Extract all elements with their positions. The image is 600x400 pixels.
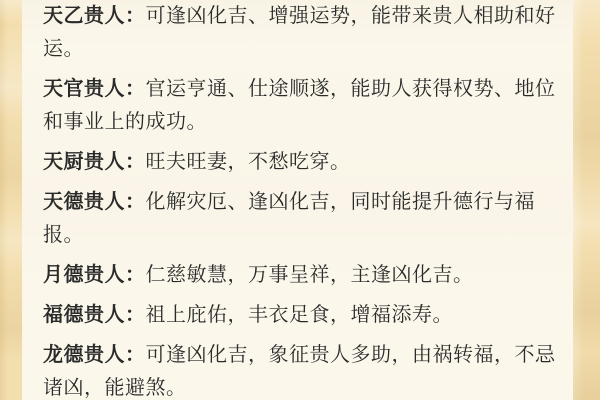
- item-description: 仁慈敏慧，万事呈祥，主逢凶化吉。: [146, 264, 474, 286]
- page-background: 天乙贵人：可逢凶化吉、增强运势，能带来贵人相助和好 运。 天官贵人：官运亨通、仕…: [0, 0, 600, 400]
- content-paper: 天乙贵人：可逢凶化吉、增强运势，能带来贵人相助和好 运。 天官贵人：官运亨通、仕…: [22, 0, 573, 400]
- item-description: 祖上庇佑，丰衣足食，增福添寿。: [146, 304, 454, 326]
- item-description: 旺夫旺妻，不愁吃穿。: [146, 151, 351, 173]
- item-term: 龙德贵人：: [43, 344, 146, 366]
- item-term: 天官贵人：: [43, 78, 146, 100]
- list-item: 天德贵人：化解灾厄、逢凶化吉，同时能提升德行与福 报。: [43, 186, 557, 252]
- item-term: 天德贵人：: [43, 191, 146, 213]
- list-item: 福德贵人：祖上庇佑，丰衣足食，增福添寿。: [43, 299, 557, 332]
- right-paper-edge: [573, 0, 600, 400]
- list-item: 龙德贵人：可逢凶化吉，象征贵人多助，由祸转福，不忌 诸凶，能避煞。: [43, 339, 557, 400]
- noble-people-list: 天乙贵人：可逢凶化吉、增强运势，能带来贵人相助和好 运。 天官贵人：官运亨通、仕…: [43, 0, 557, 400]
- item-term: 月德贵人：: [43, 264, 146, 286]
- item-term: 福德贵人：: [43, 304, 146, 326]
- list-item: 天官贵人：官运亨通、仕途顺遂，能助人获得权势、地位 和事业上的成功。: [43, 73, 557, 139]
- list-item: 月德贵人：仁慈敏慧，万事呈祥，主逢凶化吉。: [43, 259, 557, 292]
- list-item: 天乙贵人：可逢凶化吉、增强运势，能带来贵人相助和好 运。: [43, 0, 557, 66]
- item-term: 天厨贵人：: [43, 151, 146, 173]
- list-item: 天厨贵人：旺夫旺妻，不愁吃穿。: [43, 146, 557, 179]
- left-paper-edge: [0, 0, 22, 400]
- item-term: 天乙贵人：: [43, 5, 146, 27]
